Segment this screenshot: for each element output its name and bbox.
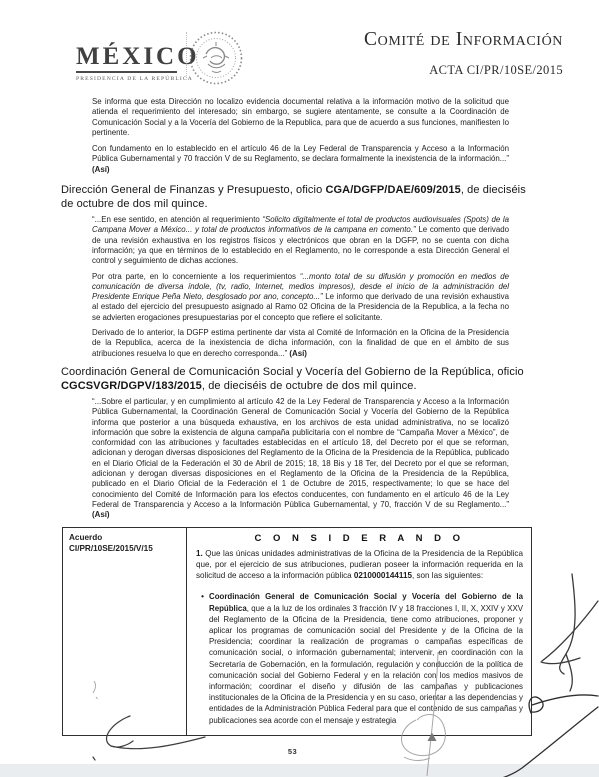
quote-block: “...En ese sentido, en atención al reque… [92,215,509,266]
scan-edge-band [0,764,599,777]
page-number: 53 [0,747,585,756]
ink-signature-right [541,574,598,691]
quote-block: Se informa que esta Dirección no localiz… [92,97,509,138]
document-page: MÉXICO PRESIDENCIA DE LA REPÚBLICA Comit… [0,0,599,777]
section-heading-comunicacion: Coordinación General de Comunicación Soc… [61,365,541,393]
section-heading-finanzas: Dirección General de Finanzas y Presupue… [61,183,541,211]
quote-block: Por otra parte, en lo concerniente a los… [92,272,509,323]
asi-marker: (Así) [92,510,110,519]
acuerdo-cell: Acuerdo CI/PR/10SE/2015/V/15 [63,528,187,735]
wordmark-rule [76,71,177,73]
acuerdo-label: Acuerdo [69,532,180,543]
considerando-item: 1. Que las únicas unidades administrativ… [196,548,523,582]
acuerdo-table: Acuerdo CI/PR/10SE/2015/V/15 C O N S I D… [62,527,532,736]
logo-divider [186,32,187,78]
folio-number: 0210000144115 [354,571,412,580]
quote-block: Derivado de lo anterior, la DGFP estima … [92,328,509,359]
mexico-wordmark: MÉXICO [76,44,186,69]
national-seal-icon [189,28,243,88]
committee-title: Comité de Información [364,29,563,51]
quote-block: Con fundamento en lo establecido en el a… [92,144,509,175]
acuerdo-number: CI/PR/10SE/2015/V/15 [69,543,180,554]
asi-marker: (Así) [289,349,307,358]
oficio-number: CGA/DGFP/DAE/609/2015 [325,184,460,196]
bullet-text: Coordinación General de Comunicación Soc… [209,591,523,725]
letterhead-logo: MÉXICO PRESIDENCIA DE LA REPÚBLICA [76,44,186,82]
bullet-icon: • [196,591,209,725]
oficio-number: CGCSVGR/DGPV/183/2015 [61,380,202,392]
acta-number: ACTA CI/PR/10SE/2015 [429,63,563,78]
asi-marker: (Así) [92,165,110,174]
presidencia-subtitle: PRESIDENCIA DE LA REPÚBLICA [76,76,186,82]
document-body: Se informa que esta Dirección no localiz… [61,97,541,736]
considerando-cell: C O N S I D E R A N D O 1. Que las única… [187,528,531,735]
quote-block: “...Sobre el particular, y en cumplimien… [92,397,509,521]
considerando-heading: C O N S I D E R A N D O [196,533,523,544]
bullet-item: • Coordinación General de Comunicación S… [196,591,523,725]
